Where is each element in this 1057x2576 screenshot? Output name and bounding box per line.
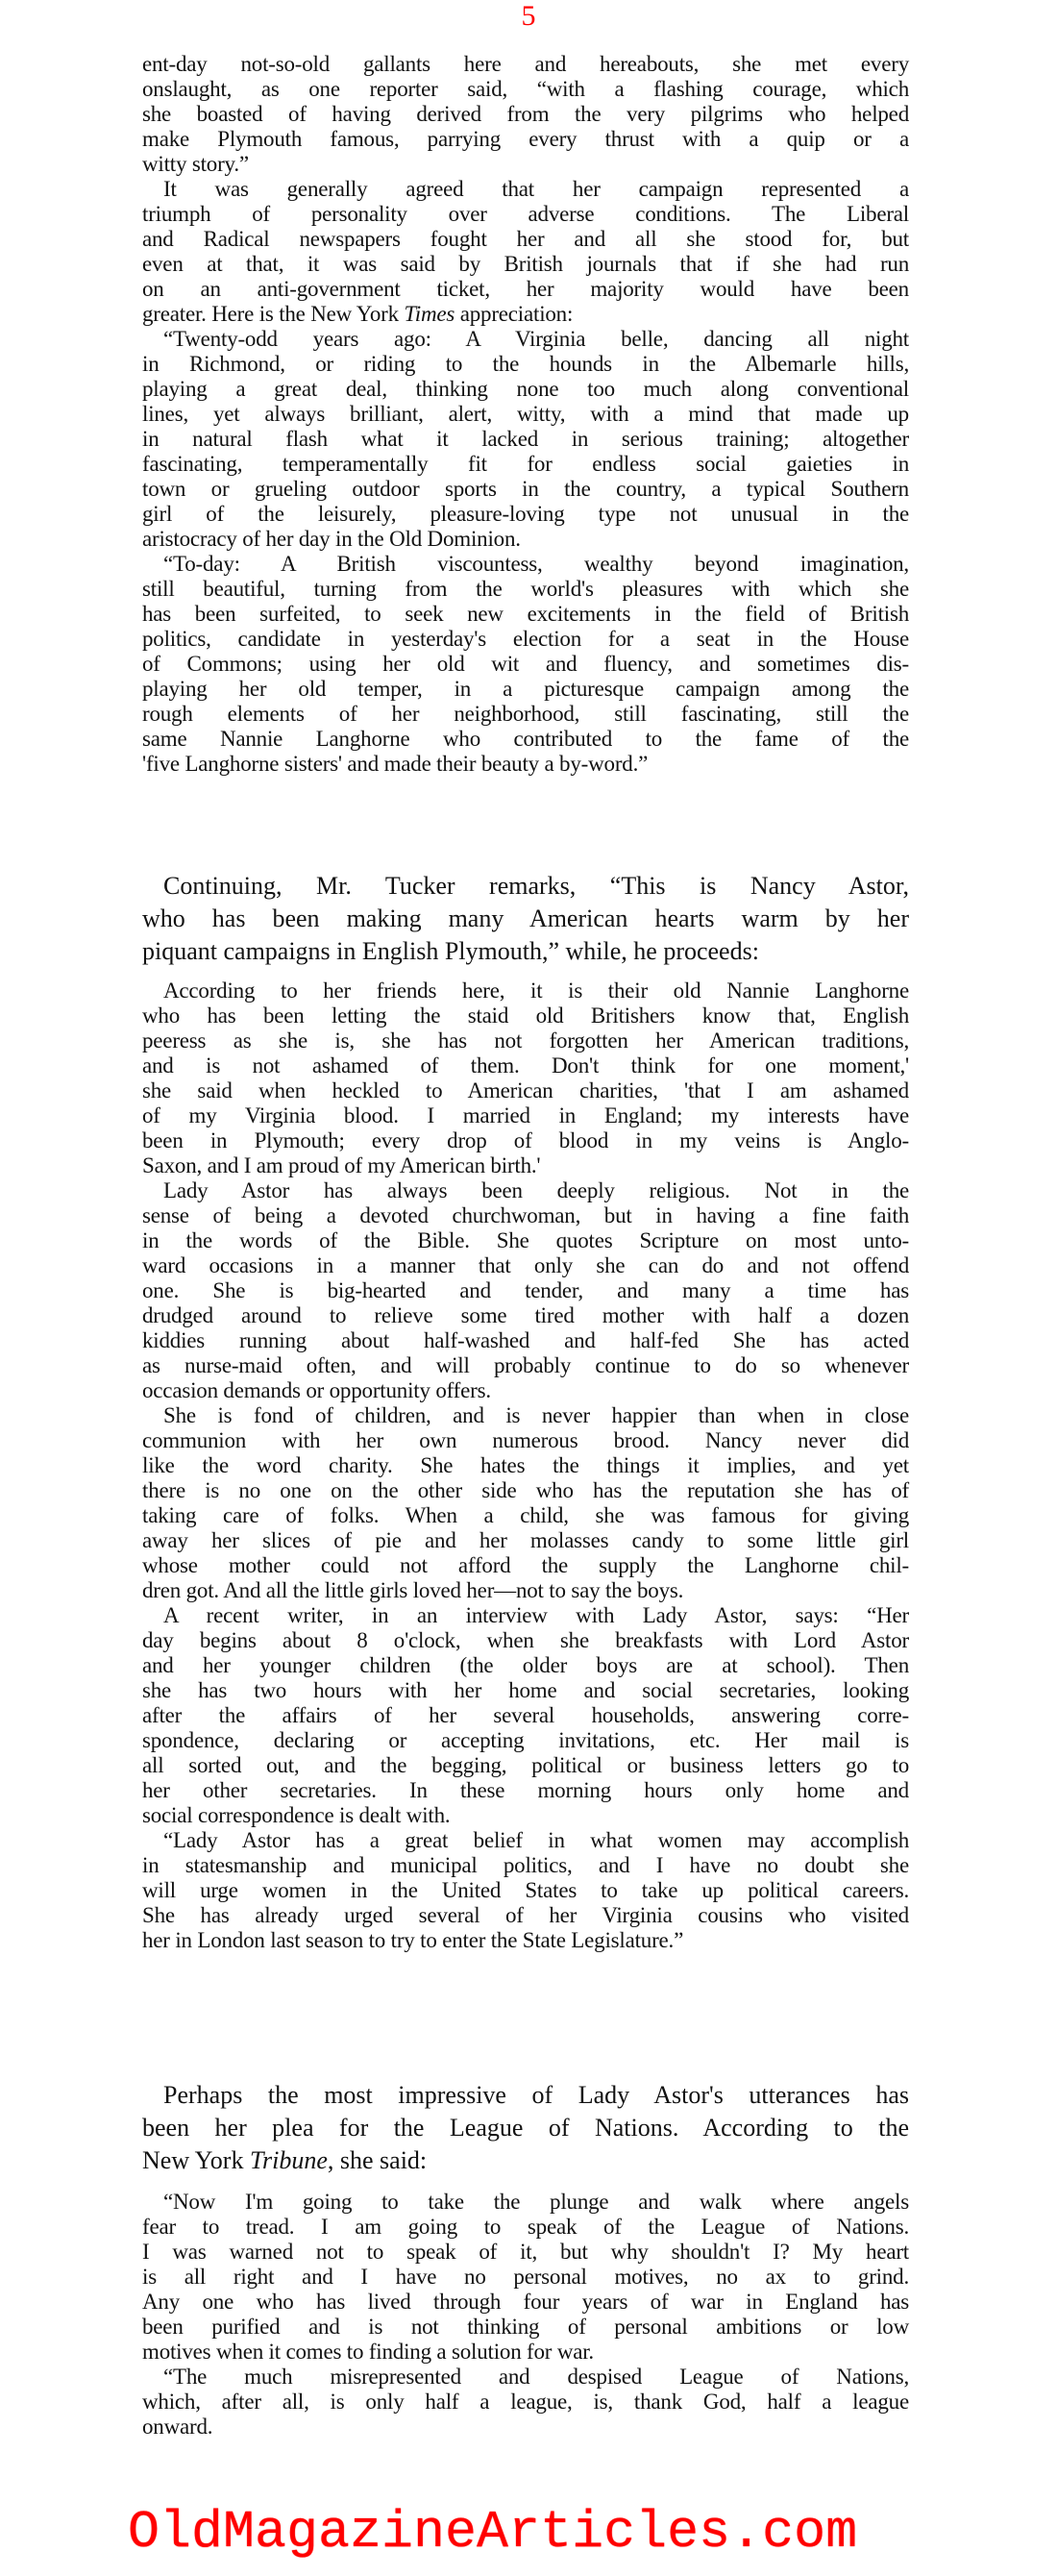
text-line: is all right and I have no personal moti… — [142, 2265, 909, 2290]
paragraph: “Twenty-odd years ago: A Virginia belle,… — [142, 327, 909, 552]
text-line: in Richmond, or riding to the hounds in … — [142, 352, 909, 377]
paragraph: According to her friends here, it is the… — [142, 978, 909, 1178]
text-line: which, after all, is only half a league,… — [142, 2390, 909, 2415]
text-line: motives when it comes to finding a solut… — [142, 2340, 909, 2365]
text-line: still beautiful, turning from the world'… — [142, 577, 909, 602]
text-line: She is fond of children, and is never ha… — [142, 1403, 909, 1428]
text-line: “Twenty-odd years ago: A Virginia belle,… — [142, 327, 909, 352]
text-line: I was warned not to speak of it, but why… — [142, 2240, 909, 2265]
text-block-quote-3: “Now I'm going to take the plunge and wa… — [142, 2190, 909, 2440]
text-line: town or grueling outdoor sports in the c… — [142, 477, 909, 502]
text-line: whose mother could not afford the supply… — [142, 1553, 909, 1578]
text-line: make Plymouth famous, parrying every thr… — [142, 127, 909, 152]
text-line: “To-day: A British viscountess, wealthy … — [142, 552, 909, 577]
text-line: in statesmanship and municipal politics,… — [142, 1853, 909, 1878]
text-line: she boasted of having derived from the v… — [142, 102, 909, 127]
publication-title: Times — [404, 302, 455, 326]
text-line: she said when heckled to American charit… — [142, 1078, 909, 1103]
text-line: Saxon, and I am proud of my American bir… — [142, 1153, 909, 1178]
text-line: same Nannie Langhorne who contributed to… — [142, 727, 909, 752]
watermark-site-name: OldMagazineArticles.com — [128, 2499, 925, 2566]
paragraph: “Now I'm going to take the plunge and wa… — [142, 2190, 909, 2365]
paragraph: Perhaps the most impressive of Lady Asto… — [142, 2079, 909, 2177]
text-line: triumph of personality over adverse cond… — [142, 202, 909, 227]
text-line: and her younger children (the older boys… — [142, 1653, 909, 1678]
text-line: communion with her own numerous brood. N… — [142, 1428, 909, 1453]
paragraph: “The much misrepresented and despised Le… — [142, 2365, 909, 2440]
text-line: like the word charity. She hates the thi… — [142, 1453, 909, 1478]
text-line: New York Tribune, she said: — [142, 2144, 909, 2177]
text-line: She has already urged several of her Vir… — [142, 1903, 909, 1928]
text-line: all sorted out, and the begging, politic… — [142, 1753, 909, 1778]
text-block-narrative-1: Continuing, Mr. Tucker remarks, “This is… — [142, 870, 909, 968]
text-line: sense of being a devoted churchwoman, bu… — [142, 1203, 909, 1228]
text-line: 'five Langhorne sisters' and made their … — [142, 752, 909, 777]
paragraph: ent-day not-so-old gallants here and her… — [142, 52, 909, 177]
text-line: as nurse-maid often, and will probably c… — [142, 1353, 909, 1378]
text-line: away her slices of pie and her molasses … — [142, 1528, 909, 1553]
text-line: and is not ashamed of them. Don't think … — [142, 1053, 909, 1078]
text-line: of Commons; using her old wit and fluenc… — [142, 652, 909, 677]
text-line: “Now I'm going to take the plunge and wa… — [142, 2190, 909, 2215]
text-line: lines, yet always brilliant, alert, witt… — [142, 402, 909, 427]
paragraph: A recent writer, in an interview with La… — [142, 1603, 909, 1828]
text-line: playing her old temper, in a picturesque… — [142, 677, 909, 702]
text-line: “The much misrepresented and despised Le… — [142, 2365, 909, 2390]
text-line: Perhaps the most impressive of Lady Asto… — [142, 2079, 909, 2112]
text-block-narrative-2: Perhaps the most impressive of Lady Asto… — [142, 2079, 909, 2177]
text-line: been her plea for the League of Nations.… — [142, 2112, 909, 2144]
paragraph: “To-day: A British viscountess, wealthy … — [142, 552, 909, 777]
text-line: ent-day not-so-old gallants here and her… — [142, 52, 909, 77]
text-line: on an anti-government ticket, her majori… — [142, 277, 909, 302]
text-line: fear to tread. I am going to speak of th… — [142, 2215, 909, 2240]
text-line: taking care of folks. When a child, she … — [142, 1503, 909, 1528]
text-line: aristocracy of her day in the Old Domini… — [142, 527, 909, 552]
text-line: and Radical newspapers fought her and al… — [142, 227, 909, 252]
text-line: Continuing, Mr. Tucker remarks, “This is… — [142, 870, 909, 903]
paragraph: Continuing, Mr. Tucker remarks, “This is… — [142, 870, 909, 968]
text-line: she has two hours with her home and soci… — [142, 1678, 909, 1703]
text-line: dren got. And all the little girls loved… — [142, 1578, 909, 1603]
text-line: “Lady Astor has a great belief in what w… — [142, 1828, 909, 1853]
text-line: girl of the leisurely, pleasure-loving t… — [142, 502, 909, 527]
text-line: It was generally agreed that her campaig… — [142, 177, 909, 202]
paragraph: Lady Astor has always been deeply religi… — [142, 1178, 909, 1403]
text-line: Lady Astor has always been deeply religi… — [142, 1178, 909, 1203]
text-line: of my Virginia blood. I married in Engla… — [142, 1103, 909, 1128]
text-line: her in London last season to try to ente… — [142, 1928, 909, 1953]
text-line: kiddies running about half-washed and ha… — [142, 1328, 909, 1353]
text-line: been in Plymouth; every drop of blood in… — [142, 1128, 909, 1153]
text-line: piquant campaigns in English Plymouth,” … — [142, 935, 909, 968]
text-line: one. She is big-hearted and tender, and … — [142, 1278, 909, 1303]
publication-title: Tribune — [250, 2146, 328, 2174]
text-line: playing a great deal, thinking none too … — [142, 377, 909, 402]
text-line: According to her friends here, it is the… — [142, 978, 909, 1003]
text-line: politics, candidate in yesterday's elect… — [142, 627, 909, 652]
text-block-quote-2: According to her friends here, it is the… — [142, 978, 909, 1953]
page-number: 5 — [0, 0, 1057, 33]
text-line: drudged around to relieve some tired mot… — [142, 1303, 909, 1328]
text-line: day begins about 8 o'clock, when she bre… — [142, 1628, 909, 1653]
text-line: after the affairs of her several househo… — [142, 1703, 909, 1728]
text-line: been purified and is not thinking of per… — [142, 2315, 909, 2340]
text-line: has been surfeited, to seek new exciteme… — [142, 602, 909, 627]
text-line: who has been letting the staid old Briti… — [142, 1003, 909, 1028]
text-line: onward. — [142, 2415, 909, 2440]
text-line: witty story.” — [142, 152, 909, 177]
text-line: there is no one on the other side who ha… — [142, 1478, 909, 1503]
text-line: who has been making many American hearts… — [142, 903, 909, 935]
paragraph: It was generally agreed that her campaig… — [142, 177, 909, 327]
text-line: peeress as she is, she has not forgotten… — [142, 1028, 909, 1053]
text-line: her other secretaries. In these morning … — [142, 1778, 909, 1803]
text-line: fascinating, temperamentally fit for end… — [142, 452, 909, 477]
text-line: greater. Here is the New York Times appr… — [142, 302, 909, 327]
text-line: onslaught, as one reporter said, “with a… — [142, 77, 909, 102]
paragraph: She is fond of children, and is never ha… — [142, 1403, 909, 1603]
text-line: occasion demands or opportunity offers. — [142, 1378, 909, 1403]
text-line: will urge women in the United States to … — [142, 1878, 909, 1903]
text-line: Any one who has lived through four years… — [142, 2290, 909, 2315]
text-line: even at that, it was said by British jou… — [142, 252, 909, 277]
text-line: rough elements of her neighborhood, stil… — [142, 702, 909, 727]
text-line: ward occasions in a manner that only she… — [142, 1253, 909, 1278]
text-line: spondence, declaring or accepting invita… — [142, 1728, 909, 1753]
text-line: in the words of the Bible. She quotes Sc… — [142, 1228, 909, 1253]
text-block-quote-1: ent-day not-so-old gallants here and her… — [142, 52, 909, 777]
text-line: social correspondence is dealt with. — [142, 1803, 909, 1828]
text-line: A recent writer, in an interview with La… — [142, 1603, 909, 1628]
paragraph: “Lady Astor has a great belief in what w… — [142, 1828, 909, 1953]
text-line: in natural flash what it lacked in serio… — [142, 427, 909, 452]
